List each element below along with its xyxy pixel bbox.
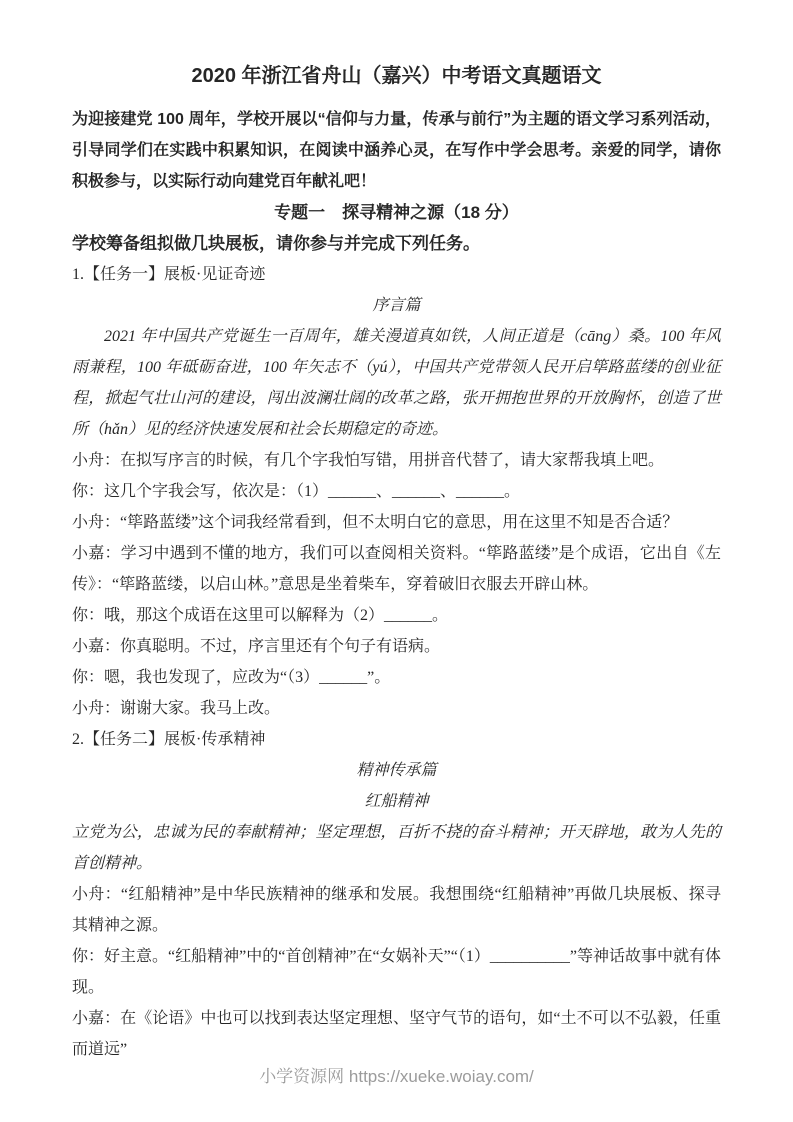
task1-preface: 2021 年中国共产党诞生一百周年，雄关漫道真如铁，人间正道是（cāng）桑。1… <box>72 321 721 445</box>
intro-paragraph: 为迎接建党 100 周年，学校开展以“信仰与力量，传承与前行”为主题的语文学习系… <box>72 104 721 197</box>
task1-label: 1.【任务一】展板·见证奇迹 <box>72 259 721 290</box>
dialogue-line: 小嘉：你真聪明。不过，序言里还有个句子有语病。 <box>72 631 721 662</box>
dialogue-line: 你：好主意。“红船精神”中的“首创精神”在“女娲补天”“（1）_________… <box>72 941 721 1003</box>
document-body: 2020 年浙江省舟山（嘉兴）中考语文真题语文 为迎接建党 100 周年，学校开… <box>72 62 721 1065</box>
dialogue-line: 小舟：“筚路蓝缕”这个词我经常看到，但不太明白它的意思，用在这里不知是否合适？ <box>72 507 721 538</box>
dialogue-line: 你：哦，那这个成语在这里可以解释为（2）______。 <box>72 600 721 631</box>
section-heading: 专题一 探寻精神之源（18 分） <box>72 197 721 228</box>
dialogue-line: 小嘉：学习中遇到不懂的地方，我们可以查阅相关资料。“筚路蓝缕”是个成语，它出自《… <box>72 538 721 600</box>
task1-subtitle: 序言篇 <box>72 290 721 321</box>
watermark-footer: 小学资源网 https://xueke.woiay.com/ <box>0 1062 793 1092</box>
dialogue-line: 小舟：谢谢大家。我马上改。 <box>72 693 721 724</box>
dialogue-line: 小舟：在拟写序言的时候，有几个字我怕写错，用拼音代替了，请大家帮我填上吧。 <box>72 445 721 476</box>
board-title: 红船精神 <box>72 786 721 817</box>
dialogue-line: 小舟：“红船精神”是中华民族精神的继承和发展。我想围绕“红船精神”再做几块展板、… <box>72 879 721 941</box>
board-slogan: 立党为公，忠诚为民的奉献精神；坚定理想，百折不挠的奋斗精神；开天辟地，敢为人先的… <box>72 817 721 879</box>
dialogue-line: 你：这几个字我会写，依次是：（1）______、______、______。 <box>72 476 721 507</box>
task2-subtitle: 精神传承篇 <box>72 755 721 786</box>
page-title: 2020 年浙江省舟山（嘉兴）中考语文真题语文 <box>72 62 721 90</box>
exam-document-page: { "document": { "title": "2020 年浙江省舟山（嘉兴… <box>0 0 793 1122</box>
dialogue-line: 你：嗯，我也发现了，应改为“（3）______”。 <box>72 662 721 693</box>
task-overview: 学校筹备组拟做几块展板，请你参与并完成下列任务。 <box>72 228 721 259</box>
dialogue-line: 小嘉：在《论语》中也可以找到表达坚定理想、坚守气节的语句，如“土不可以不弘毅，任… <box>72 1003 721 1065</box>
task2-label: 2.【任务二】展板·传承精神 <box>72 724 721 755</box>
